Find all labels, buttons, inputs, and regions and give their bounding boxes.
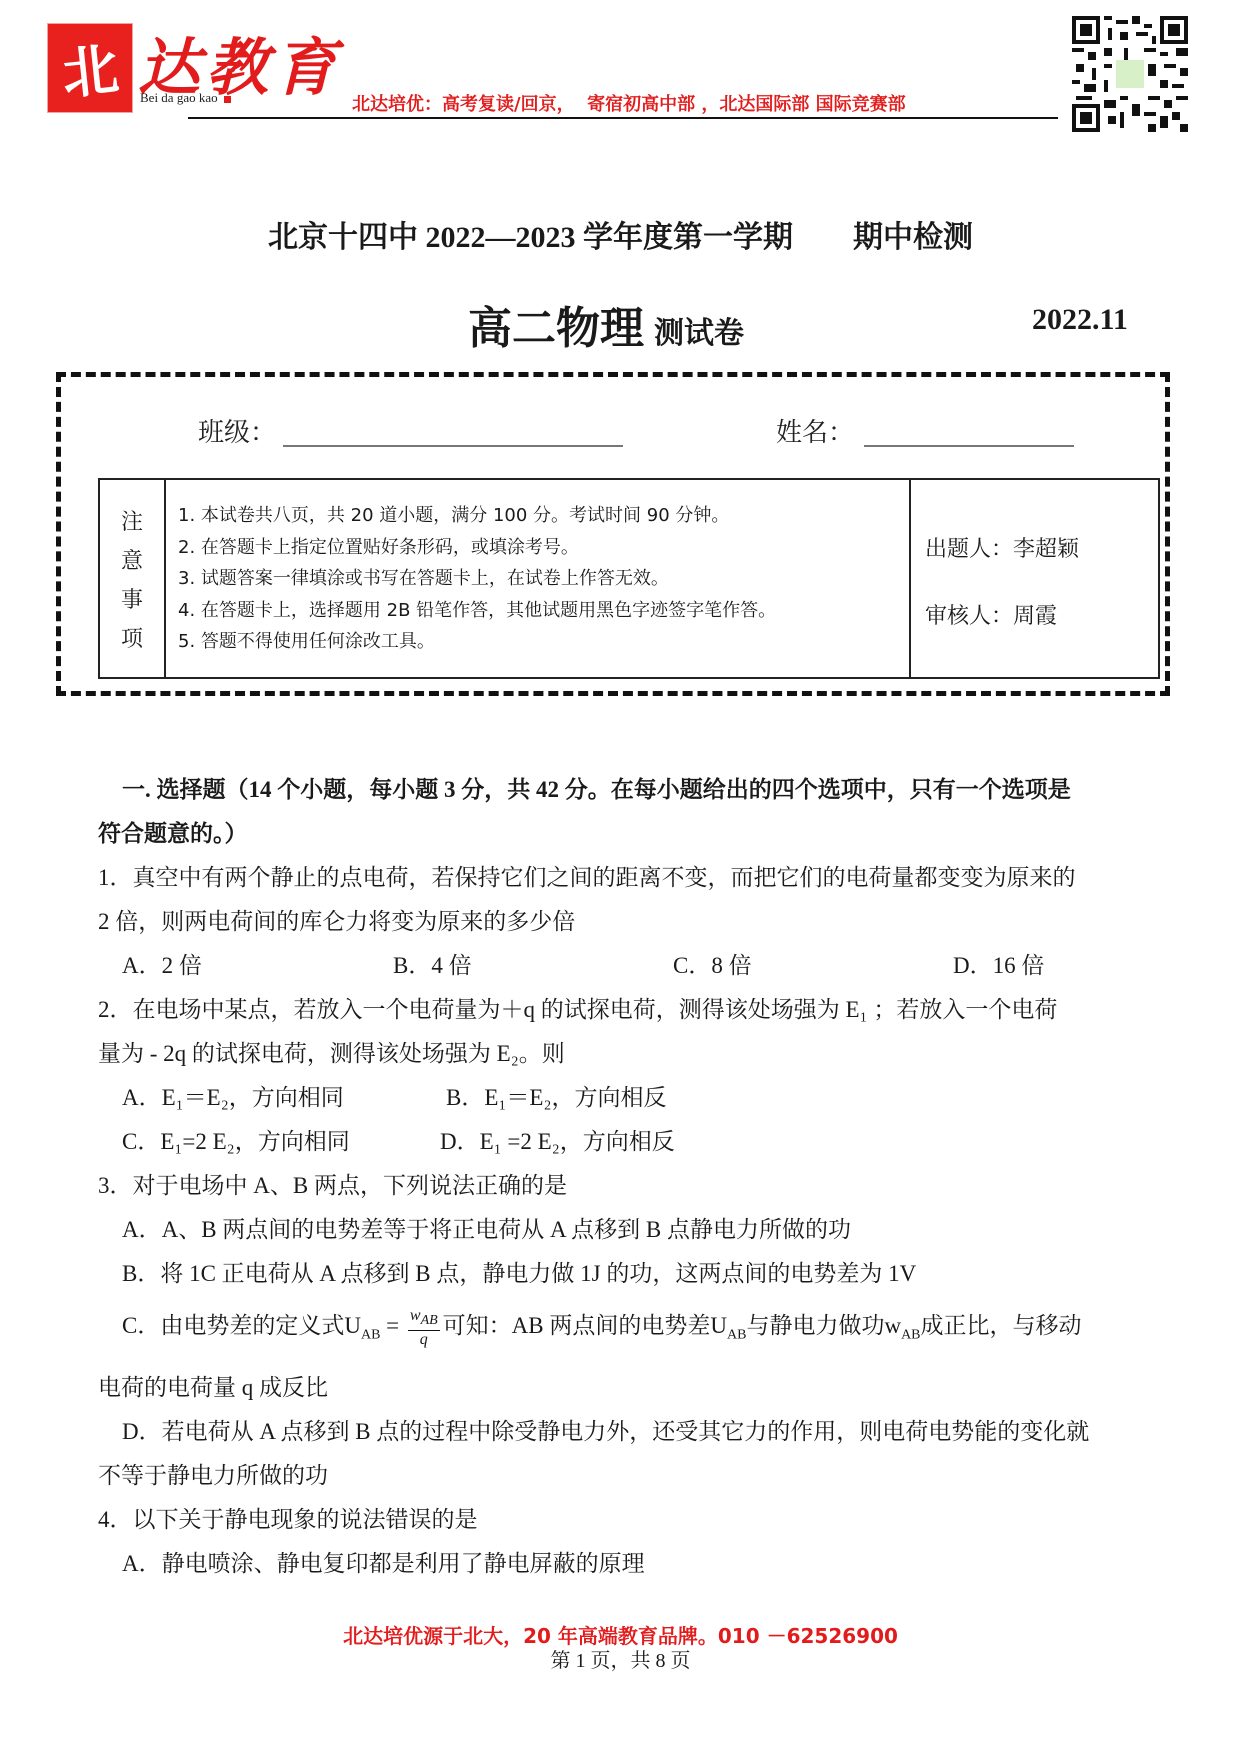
- question-1-option-c: C．8 倍: [673, 944, 752, 988]
- notice-table: 注 意 事 项 1. 本试卷共八页，共 20 道小题，满分 100 分。考试时间…: [98, 478, 1160, 679]
- question-3-stem: 3．对于电场中 A、B 两点，下列说法正确的是: [98, 1164, 567, 1208]
- notice-item: 1. 本试卷共八页，共 20 道小题，满分 100 分。考试时间 90 分钟。: [178, 500, 909, 532]
- question-3-option-c-cont: 电荷的电荷量 q 成反比: [98, 1366, 328, 1410]
- logo-seal-char: 北: [58, 25, 122, 110]
- question-2-stem: 2．在电场中某点，若放入一个电荷量为＋q 的试探电荷，测得该处场强为 E₁ ；若…: [98, 988, 1057, 1032]
- question-4-option-a: A．静电喷涂、静电复印都是利用了静电屏蔽的原理: [122, 1542, 645, 1586]
- question-3-option-d-cont: 不等于静电力所做的功: [98, 1454, 328, 1498]
- question-2-option-b: B．E₁＝E₂，方向相反: [446, 1076, 666, 1120]
- page-number: 第 1 页，共 8 页: [0, 1644, 1241, 1673]
- name-field[interactable]: [864, 445, 1074, 447]
- question-2-option-a: A．E₁＝E₂，方向相同: [122, 1076, 344, 1120]
- class-field[interactable]: [283, 445, 623, 447]
- class-label: 班级：: [198, 412, 276, 449]
- red-square-icon: [224, 96, 231, 103]
- reviewer-label: 审核人：周霞: [925, 599, 1158, 630]
- notice-item: 3. 试题答案一律填涂或书写在答题卡上，在试卷上作答无效。: [178, 563, 909, 595]
- question-2-option-d: D．E₁ =2 E₂，方向相反: [440, 1120, 675, 1164]
- notice-list: 1. 本试卷共八页，共 20 道小题，满分 100 分。考试时间 90 分钟。 …: [166, 480, 911, 677]
- header-divider: [188, 117, 1058, 119]
- question-2-stem-cont: 量为 - 2q 的试探电荷，测得该处场强为 E₂。则: [98, 1032, 565, 1076]
- header-slogan: 北达培优：高考复读/回京， 寄宿初高中部 ，北达国际部 国际竞赛部: [352, 90, 906, 116]
- notice-item: 4. 在答题卡上，选择题用 2B 铅笔作答，其他试题用黑色字迹签字笔作答。: [178, 595, 909, 627]
- question-3-option-a: A．A、B 两点间的电势差等于将正电荷从 A 点移到 B 点静电力所做的功: [122, 1208, 851, 1252]
- author-info: 出题人：李超颖 审核人：周霞: [911, 480, 1158, 677]
- question-1-stem: 1．真空中有两个静止的点电荷，若保持它们之间的距离不变，而把它们的电荷量都变变为…: [98, 856, 1076, 900]
- notice-header: 注 意 事 项: [100, 480, 166, 677]
- question-3-option-b: B．将 1C 正电荷从 A 点移到 B 点，静电力做 1J 的功，这两点间的电势…: [122, 1252, 916, 1296]
- name-label: 姓名：: [776, 412, 854, 449]
- exam-title: 北京十四中 2022—2023 学年度第一学期期中检测: [0, 212, 1241, 256]
- question-1-option-d: D．16 倍: [953, 944, 1044, 988]
- exam-date: 2022.11: [1032, 303, 1128, 337]
- question-1-option-a: A．2 倍: [122, 944, 202, 988]
- question-4-stem: 4．以下关于静电现象的说法错误的是: [98, 1498, 478, 1542]
- notice-item: 5. 答题不得使用任何涂改工具。: [178, 626, 909, 658]
- question-2-option-c: C．E₁=2 E₂，方向相同: [122, 1120, 350, 1164]
- question-1-option-b: B．4 倍: [393, 944, 472, 988]
- qr-code-icon: [1072, 16, 1188, 132]
- logo-seal: 北: [48, 24, 132, 112]
- section-heading: 一. 选择题（14 个小题，每小题 3 分，共 42 分。在每小题给出的四个选项…: [122, 768, 1071, 812]
- subject-title: 高二物理测试卷: [468, 292, 744, 356]
- question-3-option-d: D．若电荷从 A 点移到 B 点的过程中除受静电力外，还受其它力的作用，则电荷电…: [122, 1410, 1089, 1454]
- question-1-stem-cont: 2 倍，则两电荷间的库仑力将变为原来的多少倍: [98, 900, 575, 944]
- author-label: 出题人：李超颖: [925, 532, 1158, 563]
- notice-item: 2. 在答题卡上指定位置贴好条形码，或填涂考号。: [178, 532, 909, 564]
- question-3-option-c: C．由电势差的定义式UAB = wABq可知：AB 两点间的电势差UAB与静电力…: [122, 1304, 1082, 1358]
- logo-subtitle: Bei da gao kao: [140, 90, 231, 106]
- section-heading-cont: 符合题意的。）: [98, 812, 248, 856]
- formula-fraction: wABq: [408, 1307, 440, 1349]
